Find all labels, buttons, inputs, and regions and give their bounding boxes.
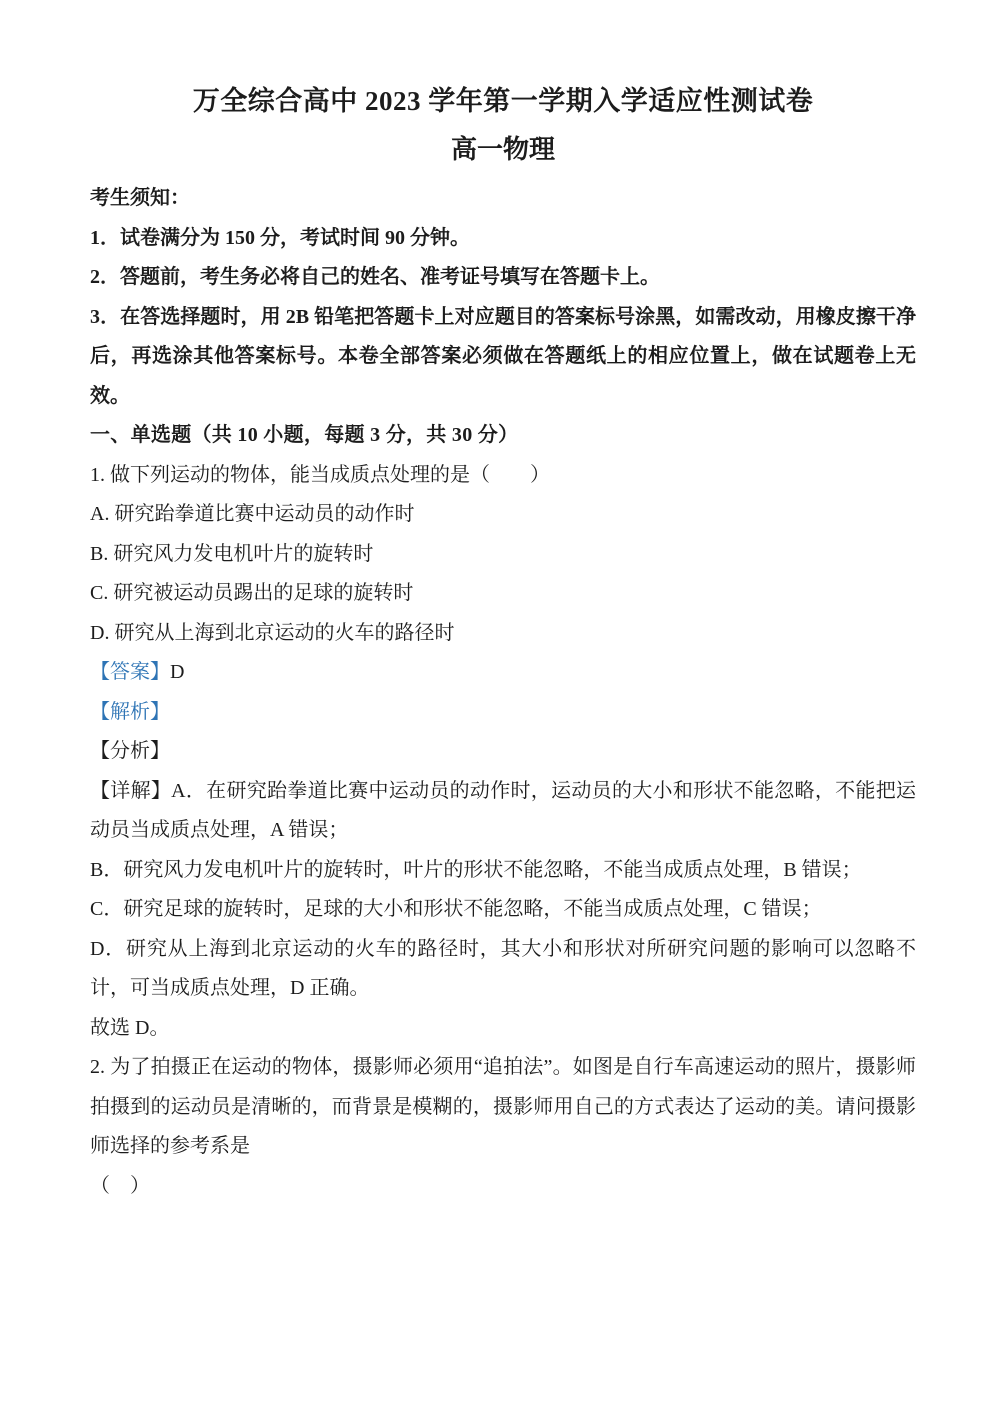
explanation-option-c: C．研究足球的旋转时，足球的大小和形状不能忽略，不能当成质点处理，C 错误； xyxy=(90,890,916,930)
notice-item-1: 1．试卷满分为 150 分，考试时间 90 分钟。 xyxy=(90,219,916,259)
question-1-option-c: C. 研究被运动员踢出的足球的旋转时 xyxy=(90,574,916,614)
explanation-option-b: B．研究风力发电机叶片的旋转时，叶片的形状不能忽略，不能当成质点处理，B 错误； xyxy=(90,851,916,891)
exam-subtitle: 高一物理 xyxy=(90,133,916,167)
notice-item-2: 2．答题前，考生务必将自己的姓名、准考证号填写在答题卡上。 xyxy=(90,258,916,298)
answer-line: 【答案】D xyxy=(90,653,916,693)
breakdown-label: 【分析】 xyxy=(90,732,916,772)
question-1-stem: 1. 做下列运动的物体，能当成质点处理的是（ ） xyxy=(90,456,916,496)
question-1-option-b: B. 研究风力发电机叶片的旋转时 xyxy=(90,535,916,575)
detail-label: 【详解】 xyxy=(90,780,171,802)
answer-value: D xyxy=(170,661,184,683)
explanation-option-d: D．研究从上海到北京运动的火车的路径时，其大小和形状对所研究问题的影响可以忽略不… xyxy=(90,930,916,1009)
question-2-stem: 2. 为了拍摄正在运动的物体，摄影师必须用“追拍法”。如图是自行车高速运动的照片… xyxy=(90,1048,916,1167)
exam-title: 万全综合高中 2023 学年第一学期入学适应性测试卷 xyxy=(90,84,916,118)
section-heading-single-choice: 一、单选题（共 10 小题，每题 3 分，共 30 分） xyxy=(90,416,916,456)
question-1-option-d: D. 研究从上海到北京运动的火车的路径时 xyxy=(90,614,916,654)
question-1-option-a: A. 研究跆拳道比赛中运动员的动作时 xyxy=(90,495,916,535)
answer-label: 【答案】 xyxy=(90,661,170,683)
explanation-option-a: 【详解】A．在研究跆拳道比赛中运动员的动作时，运动员的大小和形状不能忽略，不能把… xyxy=(90,772,916,851)
notice-item-3: 3．在答选择题时，用 2B 铅笔把答题卡上对应题目的答案标号涂黑，如需改动，用橡… xyxy=(90,298,916,417)
notice-heading: 考生须知： xyxy=(90,179,916,219)
exam-paper-page: 万全综合高中 2023 学年第一学期入学适应性测试卷 高一物理 考生须知： 1．… xyxy=(0,0,1000,1414)
exam-content: 万全综合高中 2023 学年第一学期入学适应性测试卷 高一物理 考生须知： 1．… xyxy=(90,0,916,1206)
explanation-a-text: A．在研究跆拳道比赛中运动员的动作时，运动员的大小和形状不能忽略，不能把运动员当… xyxy=(90,780,916,842)
analysis-label: 【解析】 xyxy=(90,693,916,733)
conclusion-line: 故选 D。 xyxy=(90,1009,916,1049)
question-2-answer-bracket: （ ） xyxy=(90,1167,916,1207)
